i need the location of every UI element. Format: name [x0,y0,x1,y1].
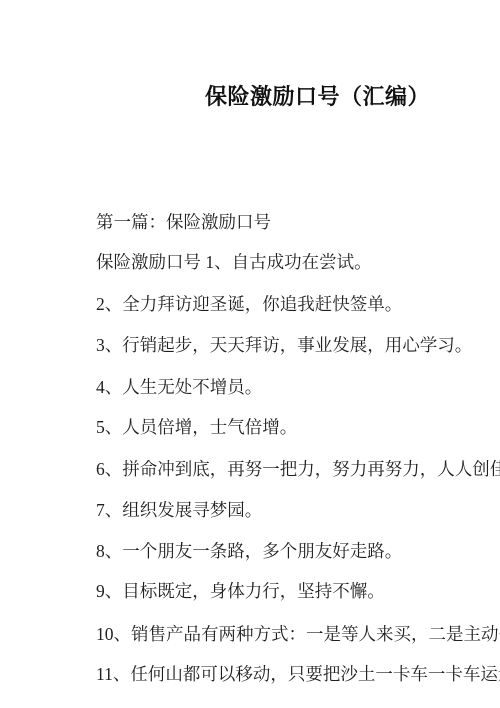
document-title: 保险激励口号（汇编） [205,85,430,109]
slogan-line-5: 5、人员倍增，士气倍增。 [96,417,297,437]
slogan-line-11: 11、任何山都可以移动，只要把沙土一卡车一卡车运走 [96,664,500,684]
section-heading: 第一篇：保险激励口号 [96,212,271,232]
slogan-line-7: 7、组织发展寻梦园。 [96,500,262,520]
slogan-line-8: 8、一个朋友一条路，多个朋友好走路。 [96,541,402,561]
slogan-line-10: 10、销售产品有两种方式：一是等人来买，二是主动去 [96,624,500,644]
slogan-line-2: 2、全力拜访迎圣诞，你追我赶快签单。 [96,294,402,314]
slogan-line-1: 保险激励口号 1、自古成功在尝试。 [96,252,372,272]
slogan-line-3: 3、行销起步，天天拜访，事业发展，用心学习。 [96,335,472,355]
slogan-line-9: 9、目标既定，身体力行，坚持不懈。 [96,581,385,601]
slogan-line-4: 4、人生无处不增员。 [96,377,262,397]
document-page: 保险激励口号（汇编） 第一篇：保险激励口号 保险激励口号 1、自古成功在尝试。 … [0,0,500,708]
slogan-line-6: 6、拼命冲到底，再努一把力，努力再努力，人人创佳绩 [96,459,500,479]
